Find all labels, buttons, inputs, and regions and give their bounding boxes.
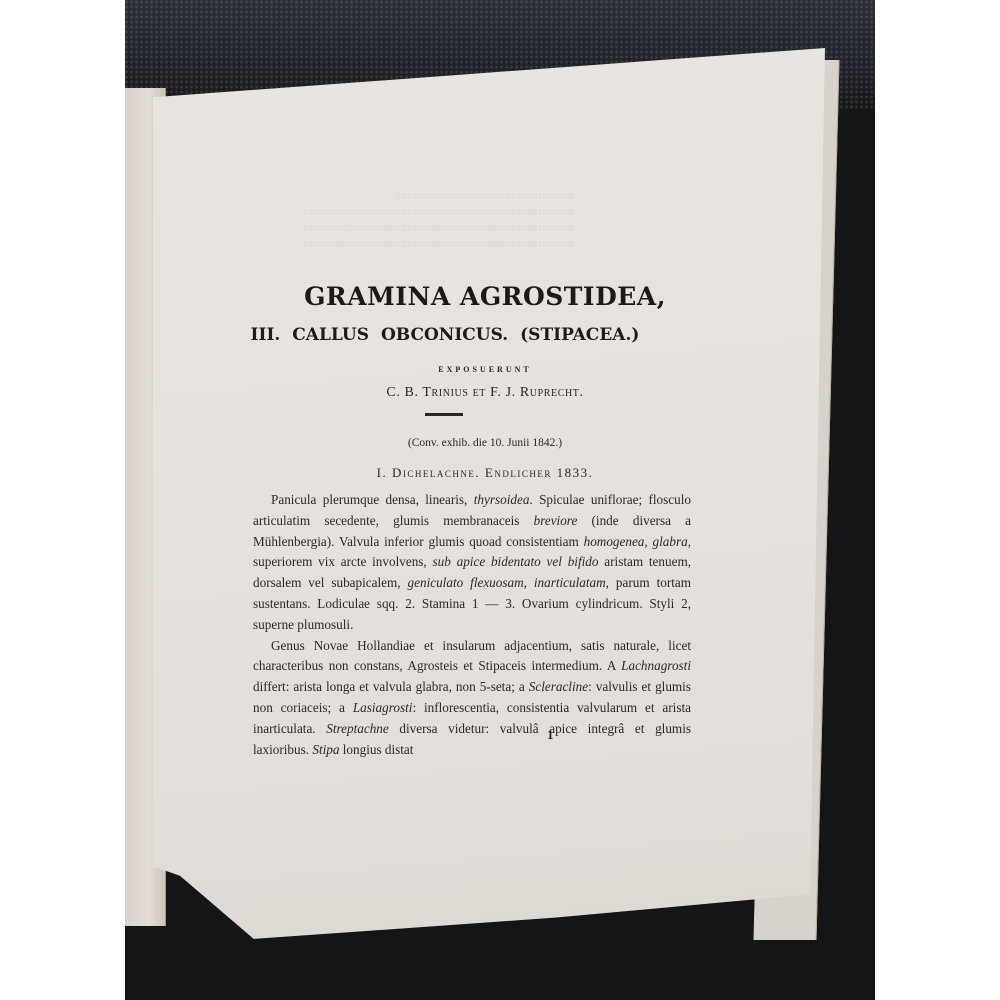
italic-term: sub apice bidentato vel bifido (433, 554, 599, 569)
paragraph-1: Panicula plerumque densa, linearis, thyr… (253, 490, 691, 636)
italic-term: breviore (534, 513, 578, 528)
text-run: Panicula plerumque densa, linearis, (271, 492, 474, 507)
italic-term: Streptachne (326, 721, 389, 736)
page-number: 1 (547, 727, 554, 743)
paragraph-2: Genus Novae Hollandiae et insularum adja… (253, 636, 691, 761)
document-title: GRAMINA AGROSTIDEA, (255, 282, 715, 311)
italic-term: thyrsoidea (474, 492, 530, 507)
italic-term: Lasiagrosti (353, 700, 413, 715)
italic-term: Stipa (312, 742, 339, 757)
authors-line: C. B. Trinius et F. J. Ruprecht. (255, 385, 715, 401)
italic-term: geniculato flexuosam, inarticulatam (408, 575, 606, 590)
conv-note: (Conv. exhib. die 10. Junii 1842.) (255, 437, 715, 449)
document-subtitle: III. CALLUS OBCONICUS. (STIPACEA.) (245, 325, 645, 345)
italic-term: homogenea, glabra, (584, 534, 691, 549)
text-run: superiorem vix arcte involvens, (253, 554, 433, 569)
italic-term: Lachnagrosti (621, 658, 691, 673)
section-heading: I. Dichelachne. Endlicher 1833. (255, 465, 715, 481)
title-rule-divider (425, 413, 463, 416)
body-text: Panicula plerumque densa, linearis, thyr… (253, 490, 691, 760)
text-run: longius distat (339, 742, 413, 757)
italic-term: Scleracline (529, 679, 588, 694)
page-content: GRAMINA AGROSTIDEA, III. CALLUS OBCONICU… (125, 0, 875, 1000)
exposuerunt-label: EXPOSUERUNT (255, 365, 715, 374)
text-run: differt: arista longa et valvula glabra,… (253, 679, 529, 694)
